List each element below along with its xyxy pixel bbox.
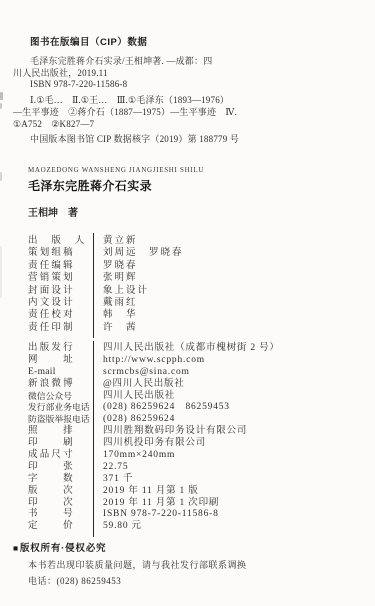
row-value: 22.75: [93, 462, 128, 474]
row-value: 刘周远 罗晓春: [93, 247, 184, 259]
table-row: 新浪微博@四川人民出版社: [28, 379, 363, 391]
scan-artifact: [0, 103, 2, 109]
row-value: 四川胜翔数码印务设计有限公司: [93, 426, 247, 438]
row-value: 象上设计: [93, 285, 149, 297]
book-copyright-page: 图书在版编目（CIP）数据 毛泽东完胜蒋介石实录/王相坤著. —成都：四 川人民…: [0, 0, 375, 606]
copyright-notice: ■版权所有·侵权必究: [13, 540, 353, 554]
row-value: 罗晓春: [93, 260, 138, 272]
table-row: 微信公众号四川人民出版社: [28, 391, 363, 403]
author-name: 王相坤 著: [28, 204, 204, 219]
row-value: 戴雨红: [93, 297, 138, 309]
scan-artifact: [0, 92, 3, 100]
row-label: 照 排: [28, 426, 93, 438]
row-label: 营销策划: [28, 272, 93, 284]
table-row: 网 址http://www.scpph.com: [28, 355, 363, 367]
row-value: 170mm×240mm: [93, 450, 175, 462]
row-value: 张明辉: [93, 272, 138, 284]
table-row: 印 张22.75: [28, 462, 363, 474]
cip-line: —生平事迹 ②蒋介石（1887—1975）—生平事迹 Ⅳ.: [13, 107, 323, 119]
row-value: 2019 年 11 月第 1 版: [93, 486, 199, 498]
row-value: 四川人民出版社: [93, 391, 175, 403]
table-row: 版 次2019 年 11 月第 1 版: [28, 486, 363, 498]
copyright-notice-text: 版权所有·侵权必究: [20, 543, 106, 554]
credits-table: 出 版 人黄立新 策划组稿刘周远 罗晓春 责任编辑罗晓春 营销策划张明辉 封面设…: [28, 235, 363, 335]
row-label: 印 刷: [28, 438, 93, 450]
row-label: 发行部业务电话: [28, 402, 93, 414]
row-label: 书 号: [28, 509, 93, 521]
cip-line: ①A752 ②K827—7: [13, 119, 323, 131]
column-divider: [93, 341, 94, 537]
scan-artifact: [0, 172, 2, 181]
table-row: 责任印制许 茜: [28, 322, 363, 334]
table-row: 出 版 人黄立新: [28, 235, 363, 247]
black-square-icon: ■: [13, 543, 19, 553]
cip-line: 毛泽东完胜蒋介石实录/王相坤著. —成都：四: [13, 56, 323, 68]
table-row: 封面设计象上设计: [28, 285, 363, 297]
row-label: 版 次: [28, 486, 93, 498]
row-label: 责任印制: [28, 322, 93, 334]
service-phone: 电话：(028) 86259453: [28, 574, 353, 587]
table-row: 照 排四川胜翔数码印务设计有限公司: [28, 426, 363, 438]
row-label: 出 版 人: [28, 235, 93, 247]
title-pinyin: MAOZEDONG WANSHENG JIANGJIESHI SHILU: [28, 166, 204, 174]
table-row: 定 价59.80 元: [28, 521, 363, 533]
table-row: E-mailscrmcbs@sina.com: [28, 367, 363, 379]
row-label: 新浪微博: [28, 379, 93, 391]
row-label: 封面设计: [28, 285, 93, 297]
table-row: 书 号ISBN 978-7-220-11586-8: [28, 509, 363, 521]
table-row: 成品尺寸170mm×240mm: [28, 450, 363, 462]
row-label: 成品尺寸: [28, 450, 93, 462]
row-value: http://www.scpph.com: [93, 355, 205, 367]
quality-note: 本书若出现印装质量问题，请与我社发行部联系调换: [28, 558, 353, 571]
row-label: 内文设计: [28, 297, 93, 309]
row-label: 防盗版举报电话: [28, 414, 93, 426]
row-value: (028) 86259624: [93, 414, 175, 426]
row-label: 责任校对: [28, 309, 93, 321]
copyright-footer: ■版权所有·侵权必究 本书若出现印装质量问题，请与我社发行部联系调换 电话：(0…: [13, 540, 353, 587]
table-row: 营销策划张明辉: [28, 272, 363, 284]
row-label: 策划组稿: [28, 247, 93, 259]
row-value: 2019 年 11 月第 1 次印刷: [93, 498, 219, 510]
table-row: 责任校对韩 华: [28, 309, 363, 321]
table-row: 防盗版举报电话(028) 86259624: [28, 414, 363, 426]
cip-line: ISBN 978-7-220-11586-8: [13, 79, 323, 91]
row-label: 责任编辑: [28, 260, 93, 272]
row-label: 印 张: [28, 462, 93, 474]
table-row: 责任编辑罗晓春: [28, 260, 363, 272]
cip-line: Ⅰ.①毛… Ⅱ.①王… Ⅲ.①毛泽东（1893—1976）: [13, 95, 323, 107]
table-row: 发行部业务电话(028) 86259624 86259453: [28, 402, 363, 414]
publication-table: 出版发行四川人民出版社（成都市槐树街 2 号） 网 址http://www.sc…: [28, 343, 363, 534]
table-row: 策划组稿刘周远 罗晓春: [28, 247, 363, 259]
row-value: ISBN 978-7-220-11586-8: [93, 509, 219, 521]
table-row: 印 刷四川机投印务有限公司: [28, 438, 363, 450]
table-row: 内文设计戴雨红: [28, 297, 363, 309]
row-value: @四川人民出版社: [93, 379, 185, 391]
row-value: 四川人民出版社（成都市槐树街 2 号）: [93, 343, 280, 355]
table-row: 字 数371 千: [28, 474, 363, 486]
row-label: 印 次: [28, 498, 93, 510]
title-block: MAOZEDONG WANSHENG JIANGJIESHI SHILU 毛泽东…: [28, 166, 204, 219]
row-value: 371 千: [93, 474, 133, 486]
row-label: 微信公众号: [28, 391, 93, 403]
row-value: scrmcbs@sina.com: [93, 367, 190, 379]
row-value: 许 茜: [93, 322, 138, 334]
scan-artifact: [0, 246, 2, 298]
row-value: 黄立新: [93, 235, 138, 247]
row-label: 网 址: [28, 355, 93, 367]
row-label: 出版发行: [28, 343, 93, 355]
row-value: (028) 86259624 86259453: [93, 402, 230, 414]
cip-record-number: 中国版本图书馆 CIP 数据核字（2019）第 188779 号: [13, 134, 323, 146]
table-row: 印 次2019 年 11 月第 1 次印刷: [28, 498, 363, 510]
row-value: 四川机投印务有限公司: [93, 438, 206, 450]
row-value: 59.80 元: [93, 521, 142, 533]
column-divider: [93, 233, 94, 338]
row-label: 字 数: [28, 474, 93, 486]
cip-line: 川人民出版社，2019.11: [13, 68, 323, 80]
book-title: 毛泽东完胜蒋介石实录: [28, 177, 204, 194]
cip-block: 图书在版编目（CIP）数据 毛泽东完胜蒋介石实录/王相坤著. —成都：四 川人民…: [13, 34, 323, 146]
row-label: 定 价: [28, 521, 93, 533]
row-value: 韩 华: [93, 309, 138, 321]
table-row: 出版发行四川人民出版社（成都市槐树街 2 号）: [28, 343, 363, 355]
cip-header: 图书在版编目（CIP）数据: [30, 34, 323, 48]
row-label: E-mail: [28, 367, 93, 379]
